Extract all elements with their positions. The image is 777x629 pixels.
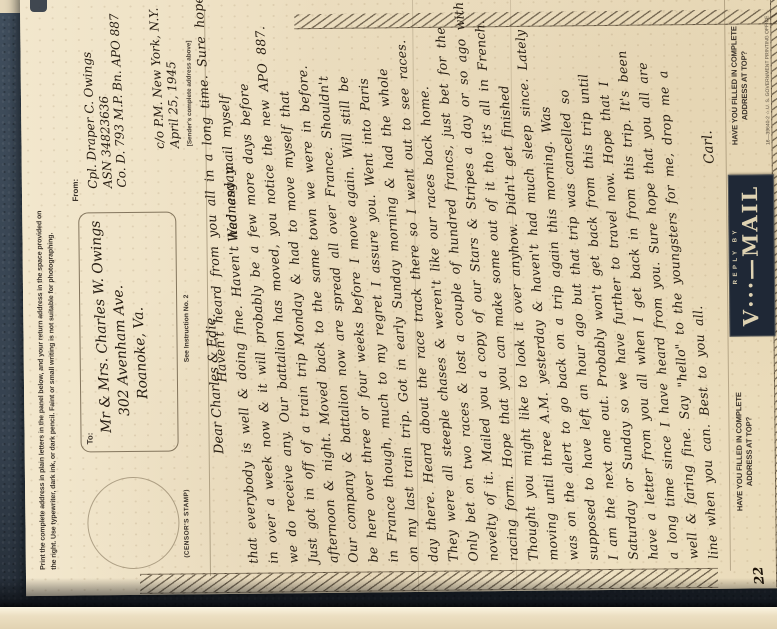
- vmail-logo: REPLY BY V···—MAIL: [728, 174, 776, 336]
- see-instruction-note: See Instruction No. 2: [183, 258, 191, 398]
- censor-stamp-label: (CENSOR'S STAMP): [183, 466, 191, 580]
- album-bottom-page-edge: [0, 607, 777, 629]
- to-address-handwritten: Mr & Mrs. Charles W. Owings 302 Avenham …: [87, 218, 155, 433]
- to-label: To:: [85, 433, 94, 445]
- from-address-po-date: c/o P.M. New York, N.Y. April 25, 1945: [147, 7, 182, 150]
- from-label: From:: [71, 179, 80, 202]
- letter-signature: Carl.: [699, 130, 718, 165]
- album-bottom-shadow: [0, 578, 777, 608]
- scanned-vmail-photo: Print the complete address in plain lett…: [0, 0, 777, 629]
- footer-question-line: HAVE YOU FILLED IN COMPLETE: [729, 19, 740, 153]
- form-instructions: Print the complete address in plain lett…: [34, 132, 60, 570]
- footer-address-question-left: HAVE YOU FILLED IN COMPLETE ADDRESS AT T…: [734, 384, 755, 518]
- footer-question-line: HAVE YOU FILLED IN COMPLETE: [734, 385, 745, 519]
- from-address-handwritten: Cpl. Draper C. Owings ASN 34823636 Co. D…: [78, 13, 129, 189]
- footer-address-question-right: HAVE YOU FILLED IN COMPLETE ADDRESS AT T…: [729, 18, 750, 152]
- vmail-logo-text: V···—MAIL: [738, 174, 764, 336]
- letter-body: Haven't heard from you all in a long tim…: [220, 7, 726, 564]
- footer-question-line: ADDRESS AT TOP?: [744, 384, 755, 518]
- corner-smudge-mark: [30, 0, 47, 12]
- footer-question-line: ADDRESS AT TOP?: [739, 18, 750, 152]
- vmail-letter-sheet: Print the complete address in plain lett…: [20, 0, 777, 596]
- censor-stamp-circle: [87, 476, 180, 569]
